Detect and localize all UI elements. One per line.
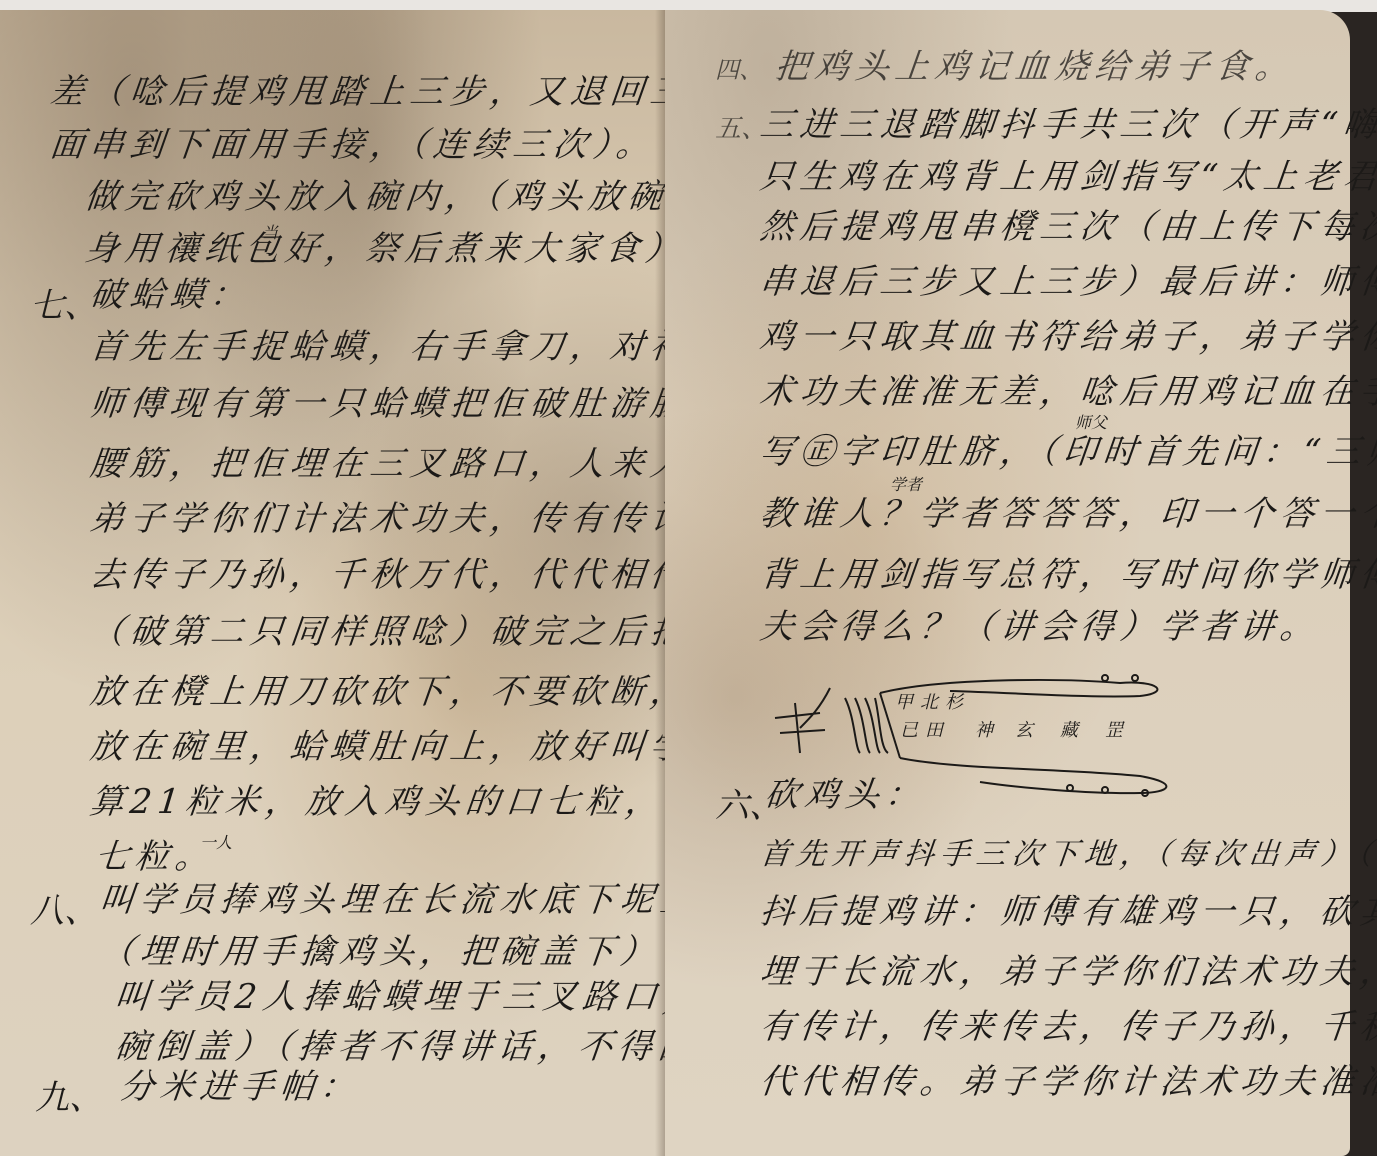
text-line: 然后提鸡甩串櫈三次（由上传下每次传 bbox=[758, 210, 1377, 244]
text-line: 串退后三步又上三步）最后讲：师傅有雄 bbox=[758, 265, 1377, 299]
text-line: 七粒。 bbox=[93, 840, 217, 874]
svg-text:已: 已 bbox=[900, 720, 919, 741]
right-page: 四、 把鸡头上鸡记血烧给弟子食。 五、 三进三退踏脚抖手共三次（开声“嗨”）后捉… bbox=[665, 10, 1350, 1156]
text-line: 去传子乃孙，千秋万代，代代相传。 bbox=[88, 558, 732, 592]
section-number-9: 九、 bbox=[35, 1070, 103, 1119]
insertion-mark: 学者 bbox=[890, 472, 922, 495]
left-page: 差（唸后提鸡甩踏上三步，又退回三步从櫈 面串到下面用手接，（连续三次）。 做完砍… bbox=[0, 10, 665, 1156]
text-line: 把鸡头上鸡记血烧给弟子食。 bbox=[773, 50, 1297, 84]
section-number-7: 七、 bbox=[30, 278, 98, 327]
section-number-4: 四、 bbox=[715, 50, 763, 85]
talisman-drawing: 甲北杉 已田神 玄藏罡 bbox=[760, 658, 1180, 808]
text-line: 身用禳纸包好，祭后煮来大家食） bbox=[83, 232, 687, 266]
text-line: 三进三退踏脚抖手共三次（开声“嗨”）后捉 bbox=[758, 108, 1377, 142]
insertion-mark: 师父 bbox=[1075, 410, 1107, 433]
insertion-mark: 一人 bbox=[200, 830, 232, 853]
text-line: 写㊣字印肚脐，（印时首先问：“三师九教 bbox=[758, 435, 1377, 469]
text-line: 只生鸡在鸡背上用剑指写“太上老君速令” bbox=[758, 160, 1377, 194]
text-line: 叫学员捧鸡头埋在长流水底下坭土里 bbox=[98, 883, 742, 917]
svg-text:神: 神 bbox=[975, 720, 996, 741]
svg-text:甲: 甲 bbox=[895, 692, 915, 713]
svg-text:田: 田 bbox=[925, 720, 945, 741]
section-heading: 分米进手帕： bbox=[118, 1070, 362, 1104]
text-line: 术功夫准准无差，唸后用鸡记血在手掌 bbox=[758, 375, 1377, 409]
text-line: 放在碗里，蛤蟆肚向上，放好叫学员 bbox=[88, 730, 732, 764]
svg-text:罡: 罡 bbox=[1105, 720, 1125, 741]
text-line: 埋于长流水，弟子学你们法术功夫，传 bbox=[758, 955, 1377, 989]
section-heading: 破蛤蟆： bbox=[88, 278, 252, 312]
text-line: 夫会得么？（讲会得）学者讲。 bbox=[758, 610, 1322, 644]
svg-text:玄: 玄 bbox=[1015, 720, 1036, 741]
text-line: 面串到下面用手接，（连续三次）。 bbox=[48, 128, 658, 162]
text-line: 首先开声抖手三次下地，（每次出声）（从左中右） bbox=[758, 840, 1377, 870]
talisman-icon: 甲北杉 已田神 玄藏罡 bbox=[760, 658, 1180, 808]
text-line: 代代相传。弟子学你计法术功夫准准无 bbox=[758, 1065, 1377, 1099]
svg-text:藏: 藏 bbox=[1060, 720, 1081, 741]
text-line: 叫学员2人捧蛤蟆埋于三叉路口，把 bbox=[113, 980, 744, 1014]
text-line: 有传计，传来传去，传子乃孙，千秋万代 bbox=[758, 1010, 1377, 1044]
text-line: 背上用剑指写总符，写时问你学师傅法术功 bbox=[758, 558, 1377, 592]
manuscript-spread: 差（唸后提鸡甩踏上三步，又退回三步从櫈 面串到下面用手接，（连续三次）。 做完砍… bbox=[0, 10, 1350, 1156]
text-line: 教谁人？学者答答答，印一个答一个。） bbox=[758, 497, 1377, 531]
svg-text:杉: 杉 bbox=[945, 692, 965, 713]
svg-text:北: 北 bbox=[920, 692, 940, 713]
text-line: （埋时用手擒鸡头，把碗盖下） bbox=[98, 935, 662, 969]
text-line: 鸡一只取其血书符给弟子，弟子学你计法 bbox=[758, 320, 1377, 354]
section-number-8: 八、 bbox=[30, 883, 98, 932]
text-line: 抖后提鸡讲：师傅有雄鸡一只，砍其头 bbox=[758, 895, 1377, 929]
